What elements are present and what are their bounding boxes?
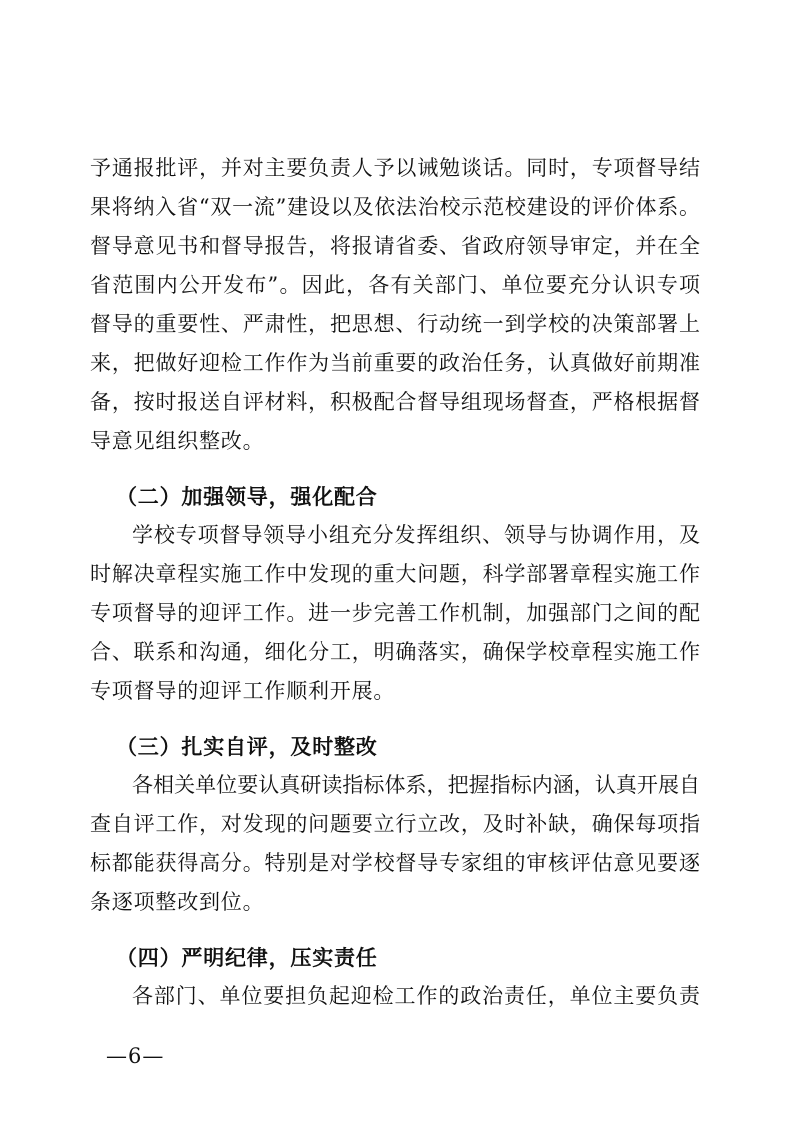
section-heading: （四）严明纪律，压实责任 — [90, 938, 700, 977]
document-body: 予通报批评，并对主要负责人予以诫勉谈话。同时，专项督导结果将纳入省“双一流”建设… — [90, 149, 700, 1016]
text-line: 专项督导的迎评工作。进一步完善工作机制，加强部门之间的配 — [90, 594, 700, 633]
text-line: 查自评工作，对发现的问题要立行立改，及时补缺，确保每项指 — [90, 805, 700, 844]
section-heading: （二）加强领导，强化配合 — [90, 477, 700, 516]
text-line: 备，按时报送自评材料，积极配合督导组现场督查，严格根据督 — [90, 383, 700, 422]
text-line: 条逐项整改到位。 — [90, 883, 700, 922]
section-heading: （三）扎实自评，及时整改 — [90, 727, 700, 766]
text-line: 时解决章程实施工作中发现的重大问题，科学部署章程实施工作 — [90, 555, 700, 594]
text-line: 各相关单位要认真研读指标体系，把握指标内涵，认真开展自 — [90, 766, 700, 805]
text-line: 学校专项督导领导小组充分发挥组织、领导与协调作用，及 — [90, 516, 700, 555]
document-page: 予通报批评，并对主要负责人予以诫勉谈话。同时，专项督导结果将纳入省“双一流”建设… — [0, 0, 793, 1122]
text-line: 各部门、单位要担负起迎检工作的政治责任，单位主要负责 — [90, 977, 700, 1016]
text-line: 督导意见书和督导报告，将报请省委、省政府领导审定，并在全 — [90, 227, 700, 266]
text-line: 督导的重要性、严肃性，把思想、行动统一到学校的决策部署上 — [90, 305, 700, 344]
text-line: 果将纳入省“双一流”建设以及依法治校示范校建设的评价体系。 — [90, 188, 700, 227]
text-line: 导意见组织整改。 — [90, 422, 700, 461]
page-number: —6— — [106, 1037, 164, 1076]
text-line: 省范围内公开发布”。因此，各有关部门、单位要充分认识专项 — [90, 266, 700, 305]
text-line: 标都能获得高分。特别是对学校督导专家组的审核评估意见要逐 — [90, 844, 700, 883]
text-line: 予通报批评，并对主要负责人予以诫勉谈话。同时，专项督导结 — [90, 149, 700, 188]
text-line: 专项督导的迎评工作顺利开展。 — [90, 672, 700, 711]
text-line: 来，把做好迎检工作作为当前重要的政治任务，认真做好前期准 — [90, 344, 700, 383]
text-line: 合、联系和沟通，细化分工，明确落实，确保学校章程实施工作 — [90, 633, 700, 672]
